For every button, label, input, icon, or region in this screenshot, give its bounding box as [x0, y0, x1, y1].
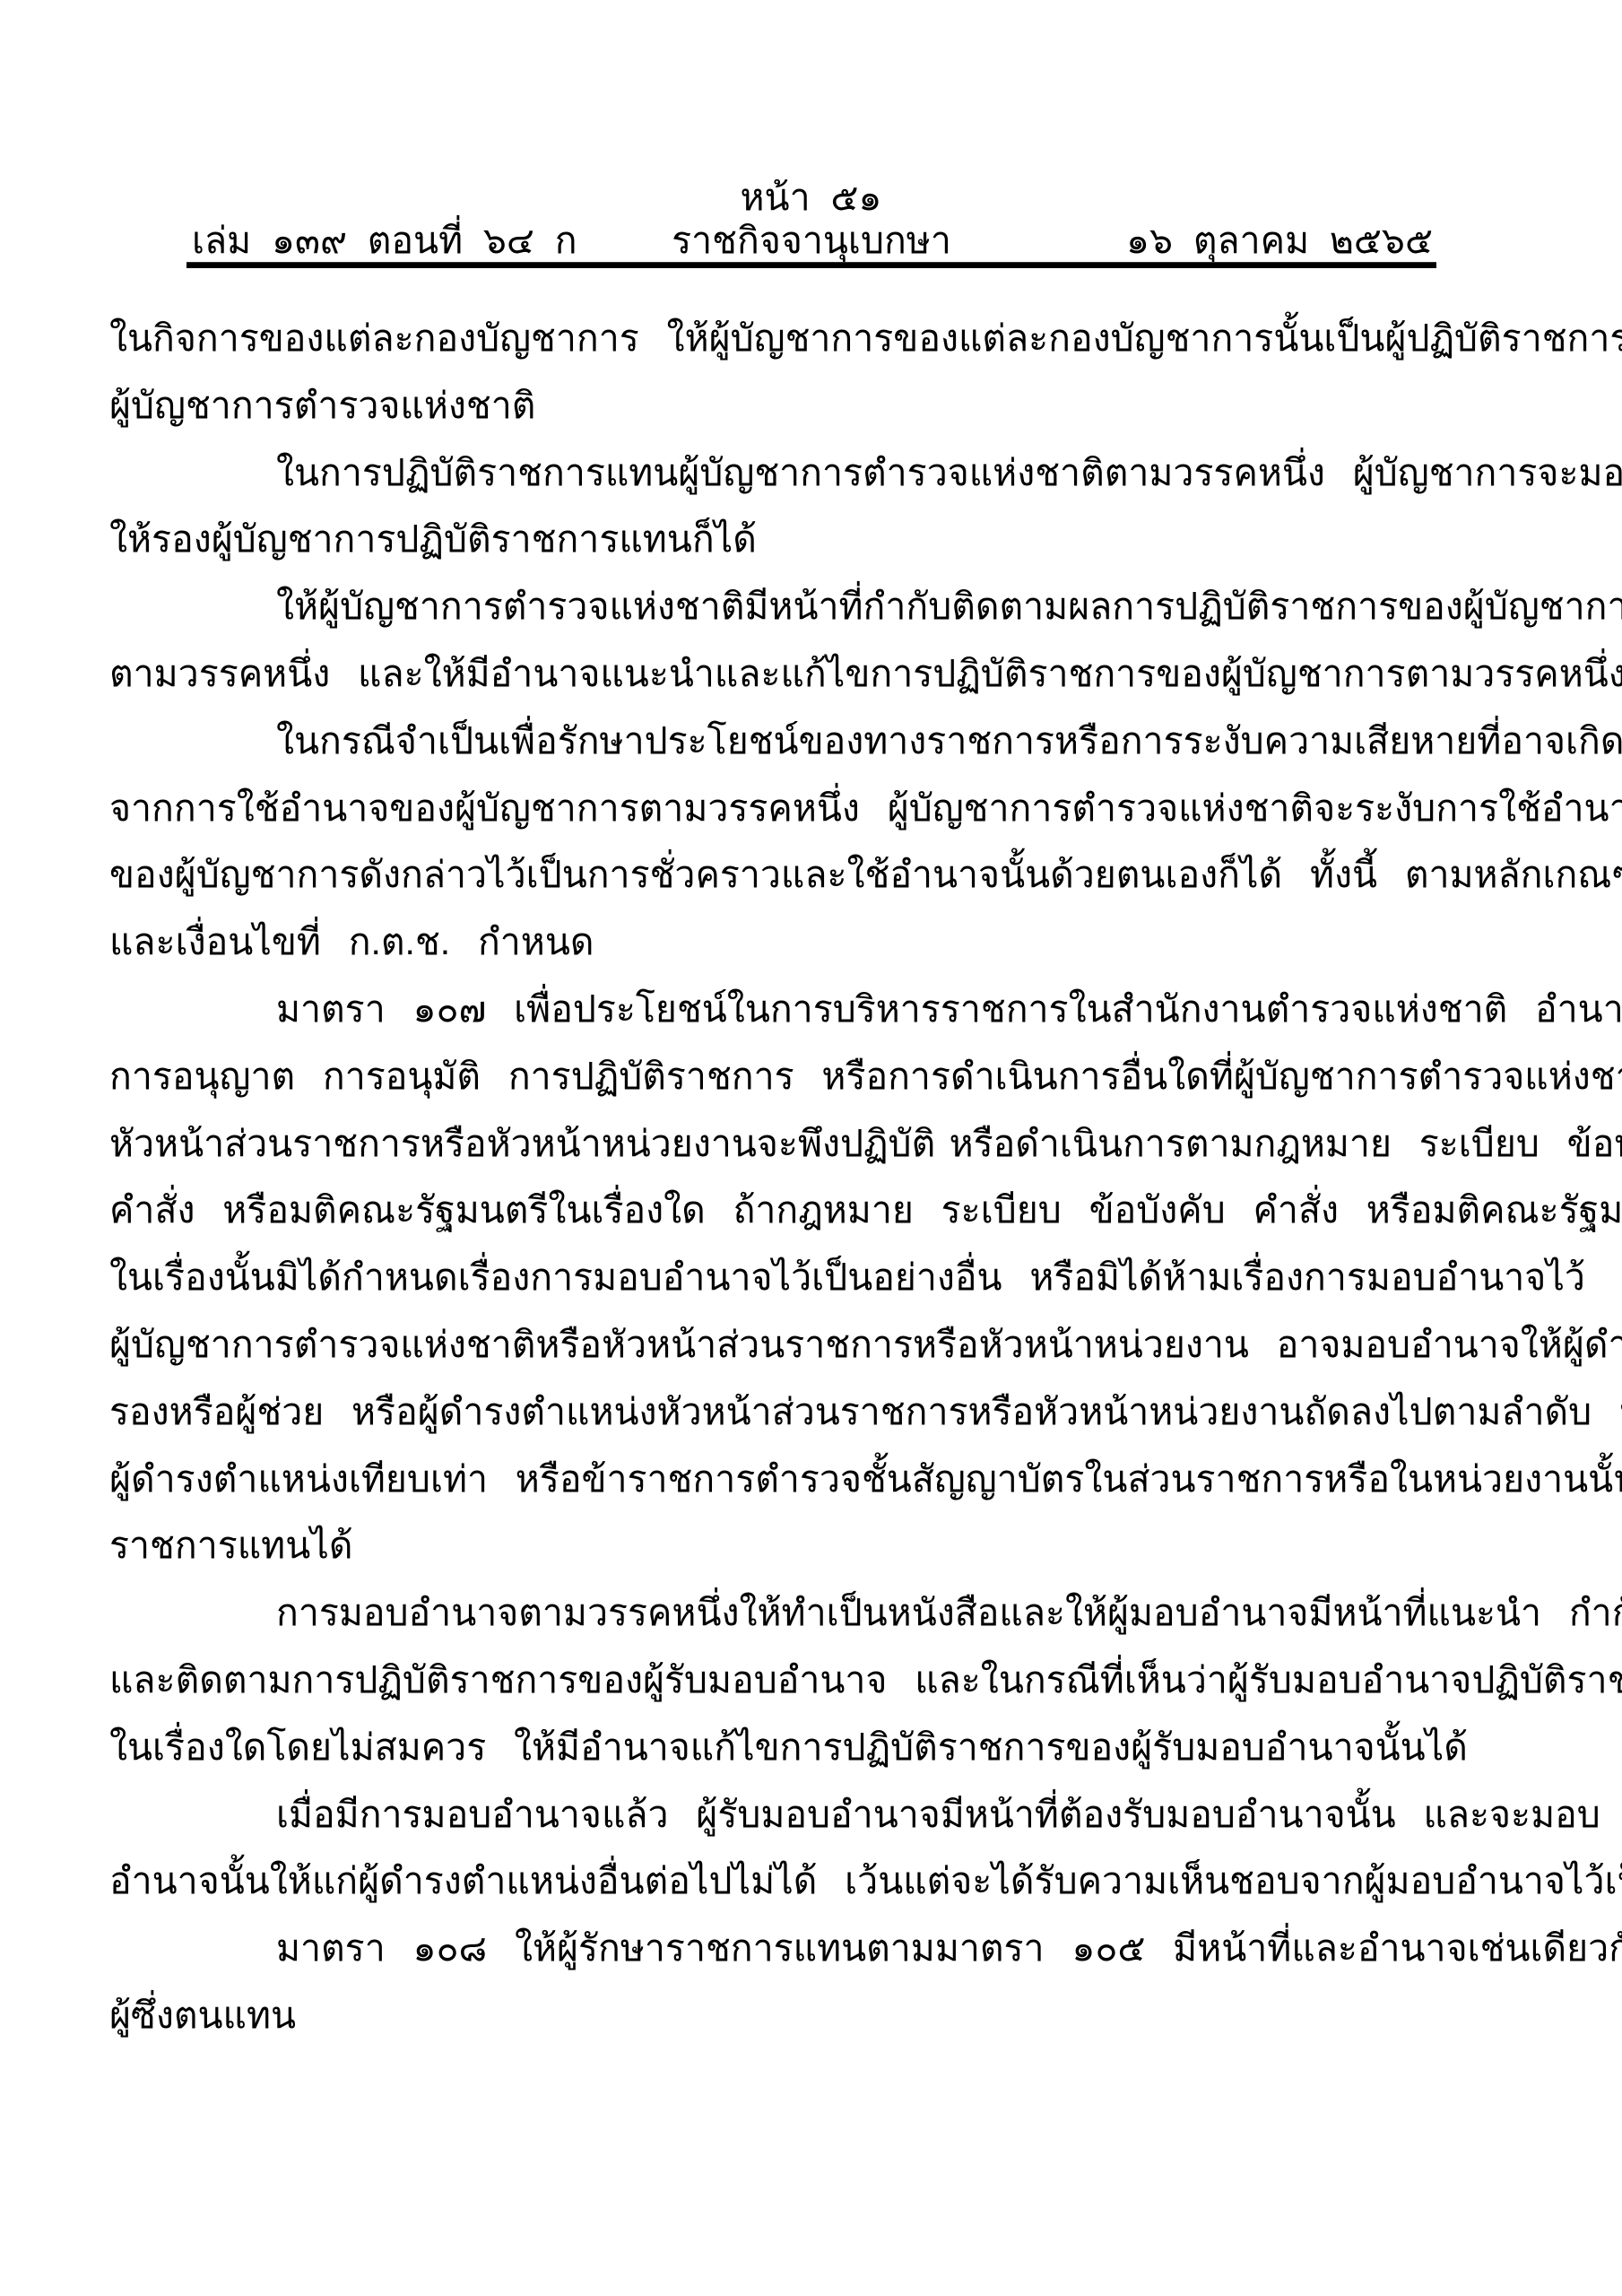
- text-line: หัวหน้าส่วนราชการหรือหัวหน้าหน่วยงานจะพึ…: [109, 1110, 1435, 1178]
- text-line: รองหรือผู้ช่วย หรือผู้ดำรงตำแหน่งหัวหน้า…: [109, 1378, 1435, 1446]
- gazette-page: หน้า ๕๑ เล่ม ๑๓๙ ตอนที่ ๖๔ ก ราชกิจจานุเ…: [0, 0, 1622, 2296]
- text-line: ให้รองผู้บัญชาการปฏิบัติราชการแทนก็ได้: [109, 506, 1435, 573]
- text-line: จากการใช้อำนาจของผู้บัญชาการตามวรรคหนึ่ง…: [109, 775, 1435, 842]
- text-line: การอนุญาต การอนุมัติ การปฏิบัติราชการ หร…: [109, 1043, 1435, 1110]
- text-line: ในกรณีจำเป็นเพื่อรักษาประโยชน์ของทางราชก…: [109, 708, 1435, 775]
- text-line: ในเรื่องใดโดยไม่สมควร ให้มีอำนาจแก้ไขการ…: [109, 1714, 1435, 1781]
- text-line: ผู้บัญชาการตำรวจแห่งชาติหรือหัวหน้าส่วนร…: [109, 1311, 1435, 1378]
- text-line: ในเรื่องนั้นมิได้กำหนดเรื่องการมอบอำนาจไ…: [109, 1244, 1435, 1311]
- header-rule-divider: [186, 262, 1436, 268]
- publication-date: ๑๖ ตุลาคม ๒๕๖๕: [1126, 215, 1433, 265]
- text-line: อำนาจนั้นให้แก่ผู้ดำรงตำแหน่งอื่นต่อไปไม…: [109, 1848, 1435, 1915]
- text-line: ผู้ดำรงตำแหน่งเทียบเท่า หรือข้าราชการตำร…: [109, 1446, 1435, 1513]
- text-line: ผู้ซึ่งตนแทน: [109, 1982, 1435, 2049]
- volume-issue-label: เล่ม ๑๓๙ ตอนที่ ๖๔ ก: [192, 215, 577, 265]
- text-line: คำสั่ง หรือมติคณะรัฐมนตรีในเรื่องใด ถ้าก…: [109, 1177, 1435, 1244]
- text-line: ของผู้บัญชาการดังกล่าวไว้เป็นการชั่วคราว…: [109, 841, 1435, 909]
- text-line: ตามวรรคหนึ่ง และให้มีอำนาจแนะนำและแก้ไขก…: [109, 640, 1435, 708]
- document-body: ในกิจการของแต่ละกองบัญชาการ ให้ผู้บัญชาก…: [109, 305, 1435, 2049]
- text-line: ให้ผู้บัญชาการตำรวจแห่งชาติมีหน้าที่กำกั…: [109, 573, 1435, 640]
- gazette-title: ราชกิจจานุเบกษา: [672, 215, 951, 265]
- text-line: และติดตามการปฏิบัติราชการของผู้รับมอบอำน…: [109, 1647, 1435, 1714]
- text-line: ในการปฏิบัติราชการแทนผู้บัญชาการตำรวจแห่…: [109, 439, 1435, 507]
- text-line: และเงื่อนไขที่ ก.ต.ช. กำหนด: [109, 909, 1435, 976]
- text-line: มาตรา ๑๐๗ เพื่อประโยชน์ในการบริหารราชการ…: [109, 976, 1435, 1043]
- text-line: ราชการแทนได้: [109, 1512, 1435, 1579]
- text-line: มาตรา ๑๐๘ ให้ผู้รักษาราชการแทนตามมาตรา ๑…: [109, 1915, 1435, 1982]
- text-line: การมอบอำนาจตามวรรคหนึ่งให้ทำเป็นหนังสือแ…: [109, 1579, 1435, 1647]
- text-line: เมื่อมีการมอบอำนาจแล้ว ผู้รับมอบอำนาจมีห…: [109, 1781, 1435, 1848]
- gazette-header: เล่ม ๑๓๙ ตอนที่ ๖๔ ก ราชกิจจานุเบกษา ๑๖ …: [186, 215, 1436, 265]
- text-line: ในกิจการของแต่ละกองบัญชาการ ให้ผู้บัญชาก…: [109, 305, 1435, 372]
- text-line: ผู้บัญชาการตำรวจแห่งชาติ: [109, 372, 1435, 439]
